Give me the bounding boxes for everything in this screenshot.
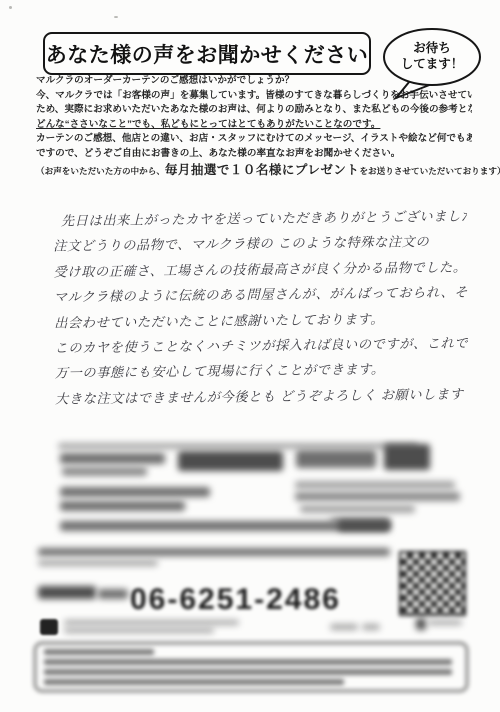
intro-line: 今、マルクラでは「お客様の声」を募集しています。皆様のすてきな暮らしづくりをお手… (36, 89, 472, 104)
form-title-box: あなた様の声をお聞かせください (43, 32, 371, 75)
form-title: あなた様の声をお聞かせください (46, 39, 369, 69)
blurred-text-block (330, 624, 358, 630)
blurred-url-line (64, 620, 239, 625)
envelope-icon (40, 619, 58, 635)
intro-line: カーテンのご感想、他店との違い、お店・スタッフにむけてのメッセージ、イラストや絵… (36, 132, 472, 147)
blurred-text-block (60, 453, 165, 464)
blurred-text-block (362, 624, 380, 630)
scanned-feedback-form: あなた様の声をお聞かせください お待ち してます！ マルクラのオーダーカーテンの… (0, 0, 500, 712)
blurred-name-block (178, 451, 283, 471)
intro-line: ため、実際にお求めいただいたあなた様のお声は、何よりの励みとなり、また私どもの今… (36, 103, 472, 118)
scan-speck (9, 6, 12, 9)
blurred-icon-block (416, 618, 426, 630)
handwriting-line: マルクラ様のように伝統のある問屋さんが、がんばっておられ、そこに (54, 280, 468, 310)
blurred-text-block (295, 481, 455, 489)
intro-line: ですので、どうぞご自由にお書きの上、あなた様の率直なお声をお聞かせください。 (36, 147, 472, 162)
blurred-notice-line (44, 659, 452, 665)
blurred-text-block (300, 505, 415, 513)
blurred-text-block (62, 467, 147, 476)
handwritten-message: 先日は出来上がったカヤを送っていただきありがとうございました。 注文どうりの品物… (53, 203, 469, 411)
blurred-notice-line (44, 649, 154, 655)
speech-bubble-text: お待ち してます！ (388, 40, 476, 72)
phone-number: 06-6251-2486 (130, 583, 395, 617)
blurred-shopinfo-line (38, 548, 390, 556)
blurred-text-block (338, 520, 390, 531)
blurred-text-block (58, 443, 418, 449)
scan-speck (114, 16, 118, 18)
intro-paragraph: マルクラのオーダーカーテンのご感想はいかがでしょうか？ 今、マルクラでは「お客様… (36, 74, 472, 181)
blurred-address-block (60, 487, 210, 497)
blurred-fax-label (38, 586, 96, 599)
blurred-shopinfo-line (38, 560, 158, 566)
blurred-notice-box (34, 642, 468, 692)
blurred-text-block (296, 450, 376, 468)
blurred-fax-label (98, 589, 128, 599)
qr-code (399, 551, 466, 616)
blurred-text-block (428, 620, 462, 625)
blurred-address-block (60, 501, 185, 511)
blurred-notice-line (44, 679, 344, 685)
prize-suffix: をお送りさせていただいております） (359, 164, 500, 179)
prize-highlight: 毎月抽選で１０名様にプレゼント (165, 163, 360, 178)
handwriting-line: 大きな注文はできませんが今後とも どうぞよろしく お願いします (55, 381, 469, 411)
intro-line: マルクラのオーダーカーテンのご感想はいかがでしょうか？ (36, 74, 472, 89)
prize-line: （お声をいただいた方の中から、 毎月抽選で１０名様にプレゼント をお送りさせてい… (36, 163, 472, 181)
intro-line-underlined: どんな“ささいなこと”でも、私どもにとってはとてもありがたいことなのです。 (36, 118, 472, 133)
blurred-text-block (295, 492, 460, 501)
blurred-notice-line (44, 669, 452, 675)
prize-prefix: （お声をいただいた方の中から、 (36, 164, 165, 179)
blurred-stamp-block (384, 444, 430, 470)
blurred-url-line (64, 628, 214, 633)
